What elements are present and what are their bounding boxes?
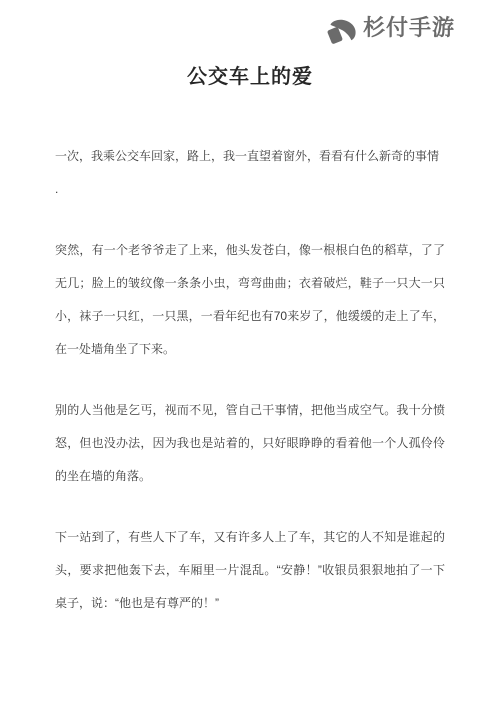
hand-holding-card-icon <box>326 14 358 46</box>
document-page: 杉付手游 公交车上的爱 一次，我乘公交车回家，路上，我一直望着窗外，看看有什么新… <box>0 0 500 707</box>
brand-logo: 杉付手游 <box>326 12 455 44</box>
article-paragraph-3: 别的人当他是乞丐，视而不见，管自己干事情，把他当成空气。我十分愤怒，但也没办法，… <box>55 394 445 493</box>
page-title: 公交车上的爱 <box>0 64 500 90</box>
article-paragraph-2: 突然，有一个老爷爷走了上来，他头发苍白，像一根根白色的稻草，了了无几；脸上的皱纹… <box>55 234 445 366</box>
article-paragraph-4: 下一站到了，有些人下了车，又有许多人上了车，其它的人不知是谁起的头，要求把他轰下… <box>55 521 445 620</box>
article-paragraph-1: 一次，我乘公交车回家，路上，我一直望着窗外，看看有什么新奇的事情 . <box>55 140 445 206</box>
article-body: 一次，我乘公交车回家，路上，我一直望着窗外，看看有什么新奇的事情 . 突然，有一… <box>55 140 445 620</box>
brand-name: 杉付手游 <box>363 17 455 39</box>
